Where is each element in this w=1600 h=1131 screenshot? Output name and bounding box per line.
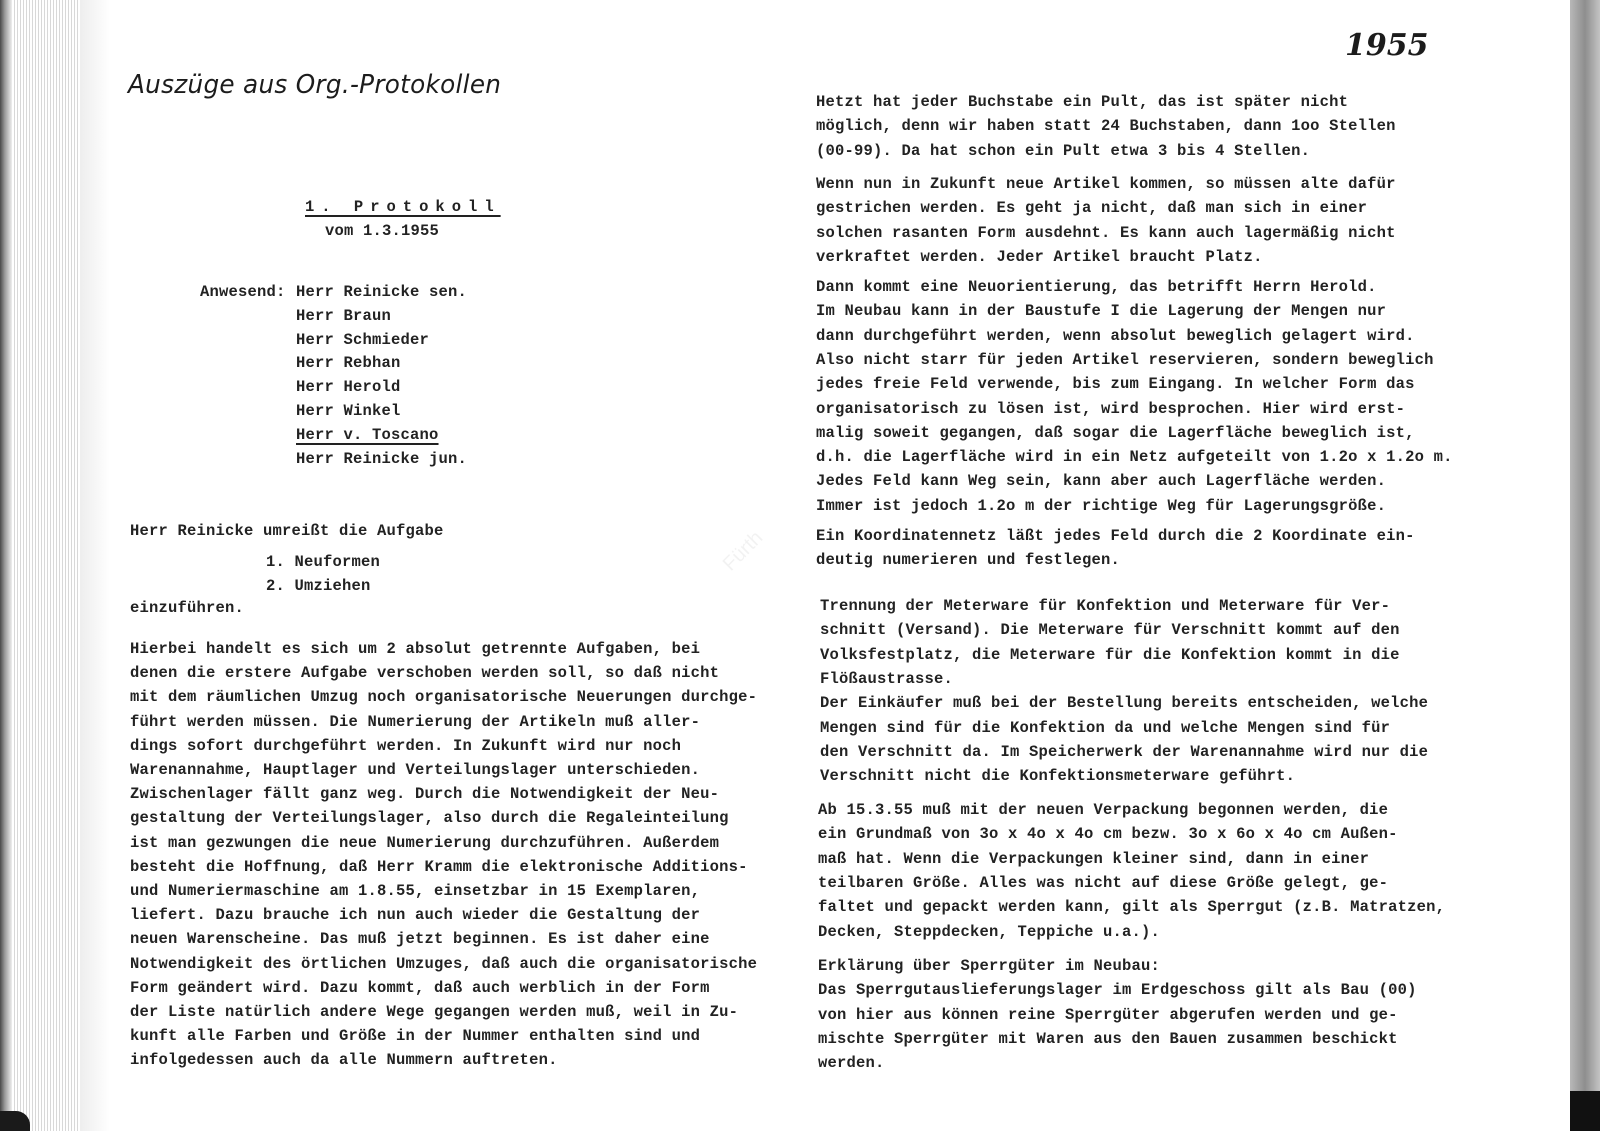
text-line: möglich, denn wir haben statt 24 Buchsta… (816, 117, 1396, 135)
text-line: von hier aus können reine Sperrgüter abg… (818, 1006, 1398, 1024)
text-line: Immer ist jedoch 1.2o m der richtige Weg… (816, 497, 1386, 515)
text-line: Decken, Steppdecken, Teppiche u.a.). (818, 923, 1160, 941)
attendee: Herr Schmieder (296, 331, 429, 349)
text-line: (00-99). Da hat schon ein Pult etwa 3 bi… (816, 142, 1310, 160)
text-line: teilbaren Größe. Alles was nicht auf die… (818, 874, 1388, 892)
text-line: neuen Warenscheine. Das muß jetzt beginn… (130, 930, 710, 948)
text-line: ein Grundmaß von 3o x 4o x 4o cm bezw. 3… (818, 825, 1398, 843)
text-line: und Numeriermaschine am 1.8.55, einsetzb… (130, 882, 700, 900)
protocol-title: 1. Protokoll (305, 198, 501, 216)
text-line: gestrichen werden. Es geht ja nicht, daß… (816, 199, 1367, 217)
text-line: infolgedessen auch da alle Nummern auftr… (130, 1051, 558, 1069)
text-line: liefert. Dazu brauche ich nun auch wiede… (130, 906, 700, 924)
text-line: denen die erstere Aufgabe verschoben wer… (130, 664, 719, 682)
text-line: ist man gezwungen die neue Numerierung d… (130, 834, 719, 852)
text-line: deutig numerieren und festlegen. (816, 551, 1120, 569)
attendee: Herr Reinicke sen. (296, 283, 467, 301)
text-line: werden. (818, 1054, 885, 1072)
text-line: Volksfestplatz, die Meterware für die Ko… (820, 646, 1400, 664)
protocol-date: vom 1.3.1955 (325, 222, 439, 240)
attendee: Herr Winkel (296, 402, 401, 420)
text-line: Hierbei handelt es sich um 2 absolut get… (130, 640, 700, 658)
intro-end: einzuführen. (130, 599, 244, 617)
task-item: 1. Neuformen (266, 553, 380, 571)
text-line: Mengen sind für die Konfektion da und we… (820, 719, 1390, 737)
text-line: der Liste natürlich andere Wege gegangen… (130, 1003, 738, 1021)
attendee: Herr Rebhan (296, 354, 401, 372)
text-line: Jedes Feld kann Weg sein, kann aber auch… (816, 472, 1386, 490)
book-right-edge (1570, 0, 1600, 1131)
text-line: schnitt (Versand). Die Meterware für Ver… (820, 621, 1400, 639)
text-line: d.h. die Lagerfläche wird in ein Netz au… (816, 448, 1453, 466)
text-line: Dann kommt eine Neuorientierung, das bet… (816, 278, 1377, 296)
text-line: Wenn nun in Zukunft neue Artikel kommen,… (816, 175, 1396, 193)
text-line: Zwischenlager fällt ganz weg. Durch die … (130, 785, 719, 803)
text-line: Notwendigkeit des örtlichen Umzuges, daß… (130, 955, 757, 973)
text-line: organisatorisch zu lösen ist, wird bespr… (816, 400, 1405, 418)
page-gutter-shadow (80, 0, 110, 1131)
task-item: 2. Umziehen (266, 577, 371, 595)
text-line: maß hat. Wenn die Verpackungen kleiner s… (818, 850, 1369, 868)
attendee: Herr Herold (296, 378, 401, 396)
text-line: Also nicht starr für jeden Artikel reser… (816, 351, 1434, 369)
watermark: Fürth (719, 527, 768, 576)
text-line: gestaltung der Verteilungslager, also du… (130, 809, 729, 827)
text-line: führt werden müssen. Die Numerierung der… (130, 713, 700, 731)
text-line: Warenannahme, Hauptlager und Verteilungs… (130, 761, 700, 779)
text-line: dings sofort durchgeführt werden. In Zuk… (130, 737, 681, 755)
text-line: den Verschnitt da. Im Speicherwerk der W… (820, 743, 1428, 761)
year-label: 1955 (1345, 28, 1429, 63)
intro-line: Herr Reinicke umreißt die Aufgabe (130, 522, 444, 540)
attendee: Herr v. Toscano (296, 426, 439, 444)
text-line: Trennung der Meterware für Konfektion un… (820, 597, 1390, 615)
text-line: Ab 15.3.55 muß mit der neuen Verpackung … (818, 801, 1388, 819)
text-line: Das Sperrgutauslieferungslager im Erdges… (818, 981, 1417, 999)
text-line: jedes freie Feld verwende, bis zum Einga… (816, 375, 1415, 393)
text-line: faltet und gepackt werden kann, gilt als… (818, 898, 1445, 916)
text-line: mischte Sperrgüter mit Waren aus den Bau… (818, 1030, 1398, 1048)
text-line: Flößaustrasse. (820, 670, 953, 688)
text-line: verkraftet werden. Jeder Artikel braucht… (816, 248, 1263, 266)
text-line: mit dem räumlichen Umzug noch organisato… (130, 688, 757, 706)
text-line: Ein Koordinatennetz läßt jedes Feld durc… (816, 527, 1415, 545)
text-line: malig soweit gegangen, daß sogar die Lag… (816, 424, 1415, 442)
text-line: dann durchgeführt werden, wenn absolut b… (816, 327, 1415, 345)
text-line: Form geändert wird. Dazu kommt, daß auch… (130, 979, 710, 997)
text-line: solchen rasanten Form ausdehnt. Es kann … (816, 224, 1396, 242)
attendees-label: Anwesend: (200, 283, 286, 301)
attendee: Herr Reinicke jun. (296, 450, 467, 468)
text-line: Im Neubau kann in der Baustufe I die Lag… (816, 302, 1386, 320)
book-page-edges (0, 0, 80, 1131)
text-line: besteht die Hoffnung, daß Herr Kramm die… (130, 858, 748, 876)
text-line: Der Einkäufer muß bei der Bestellung ber… (820, 694, 1428, 712)
text-line: kunft alle Farben und Größe in der Numme… (130, 1027, 700, 1045)
text-line: Erklärung über Sperrgüter im Neubau: (818, 957, 1160, 975)
document-heading: Auszüge aus Org.-Protokollen (128, 70, 501, 100)
text-line: Hetzt hat jeder Buchstabe ein Pult, das … (816, 93, 1348, 111)
attendee: Herr Braun (296, 307, 391, 325)
text-line: Verschnitt nicht die Konfektionsmeterwar… (820, 767, 1295, 785)
